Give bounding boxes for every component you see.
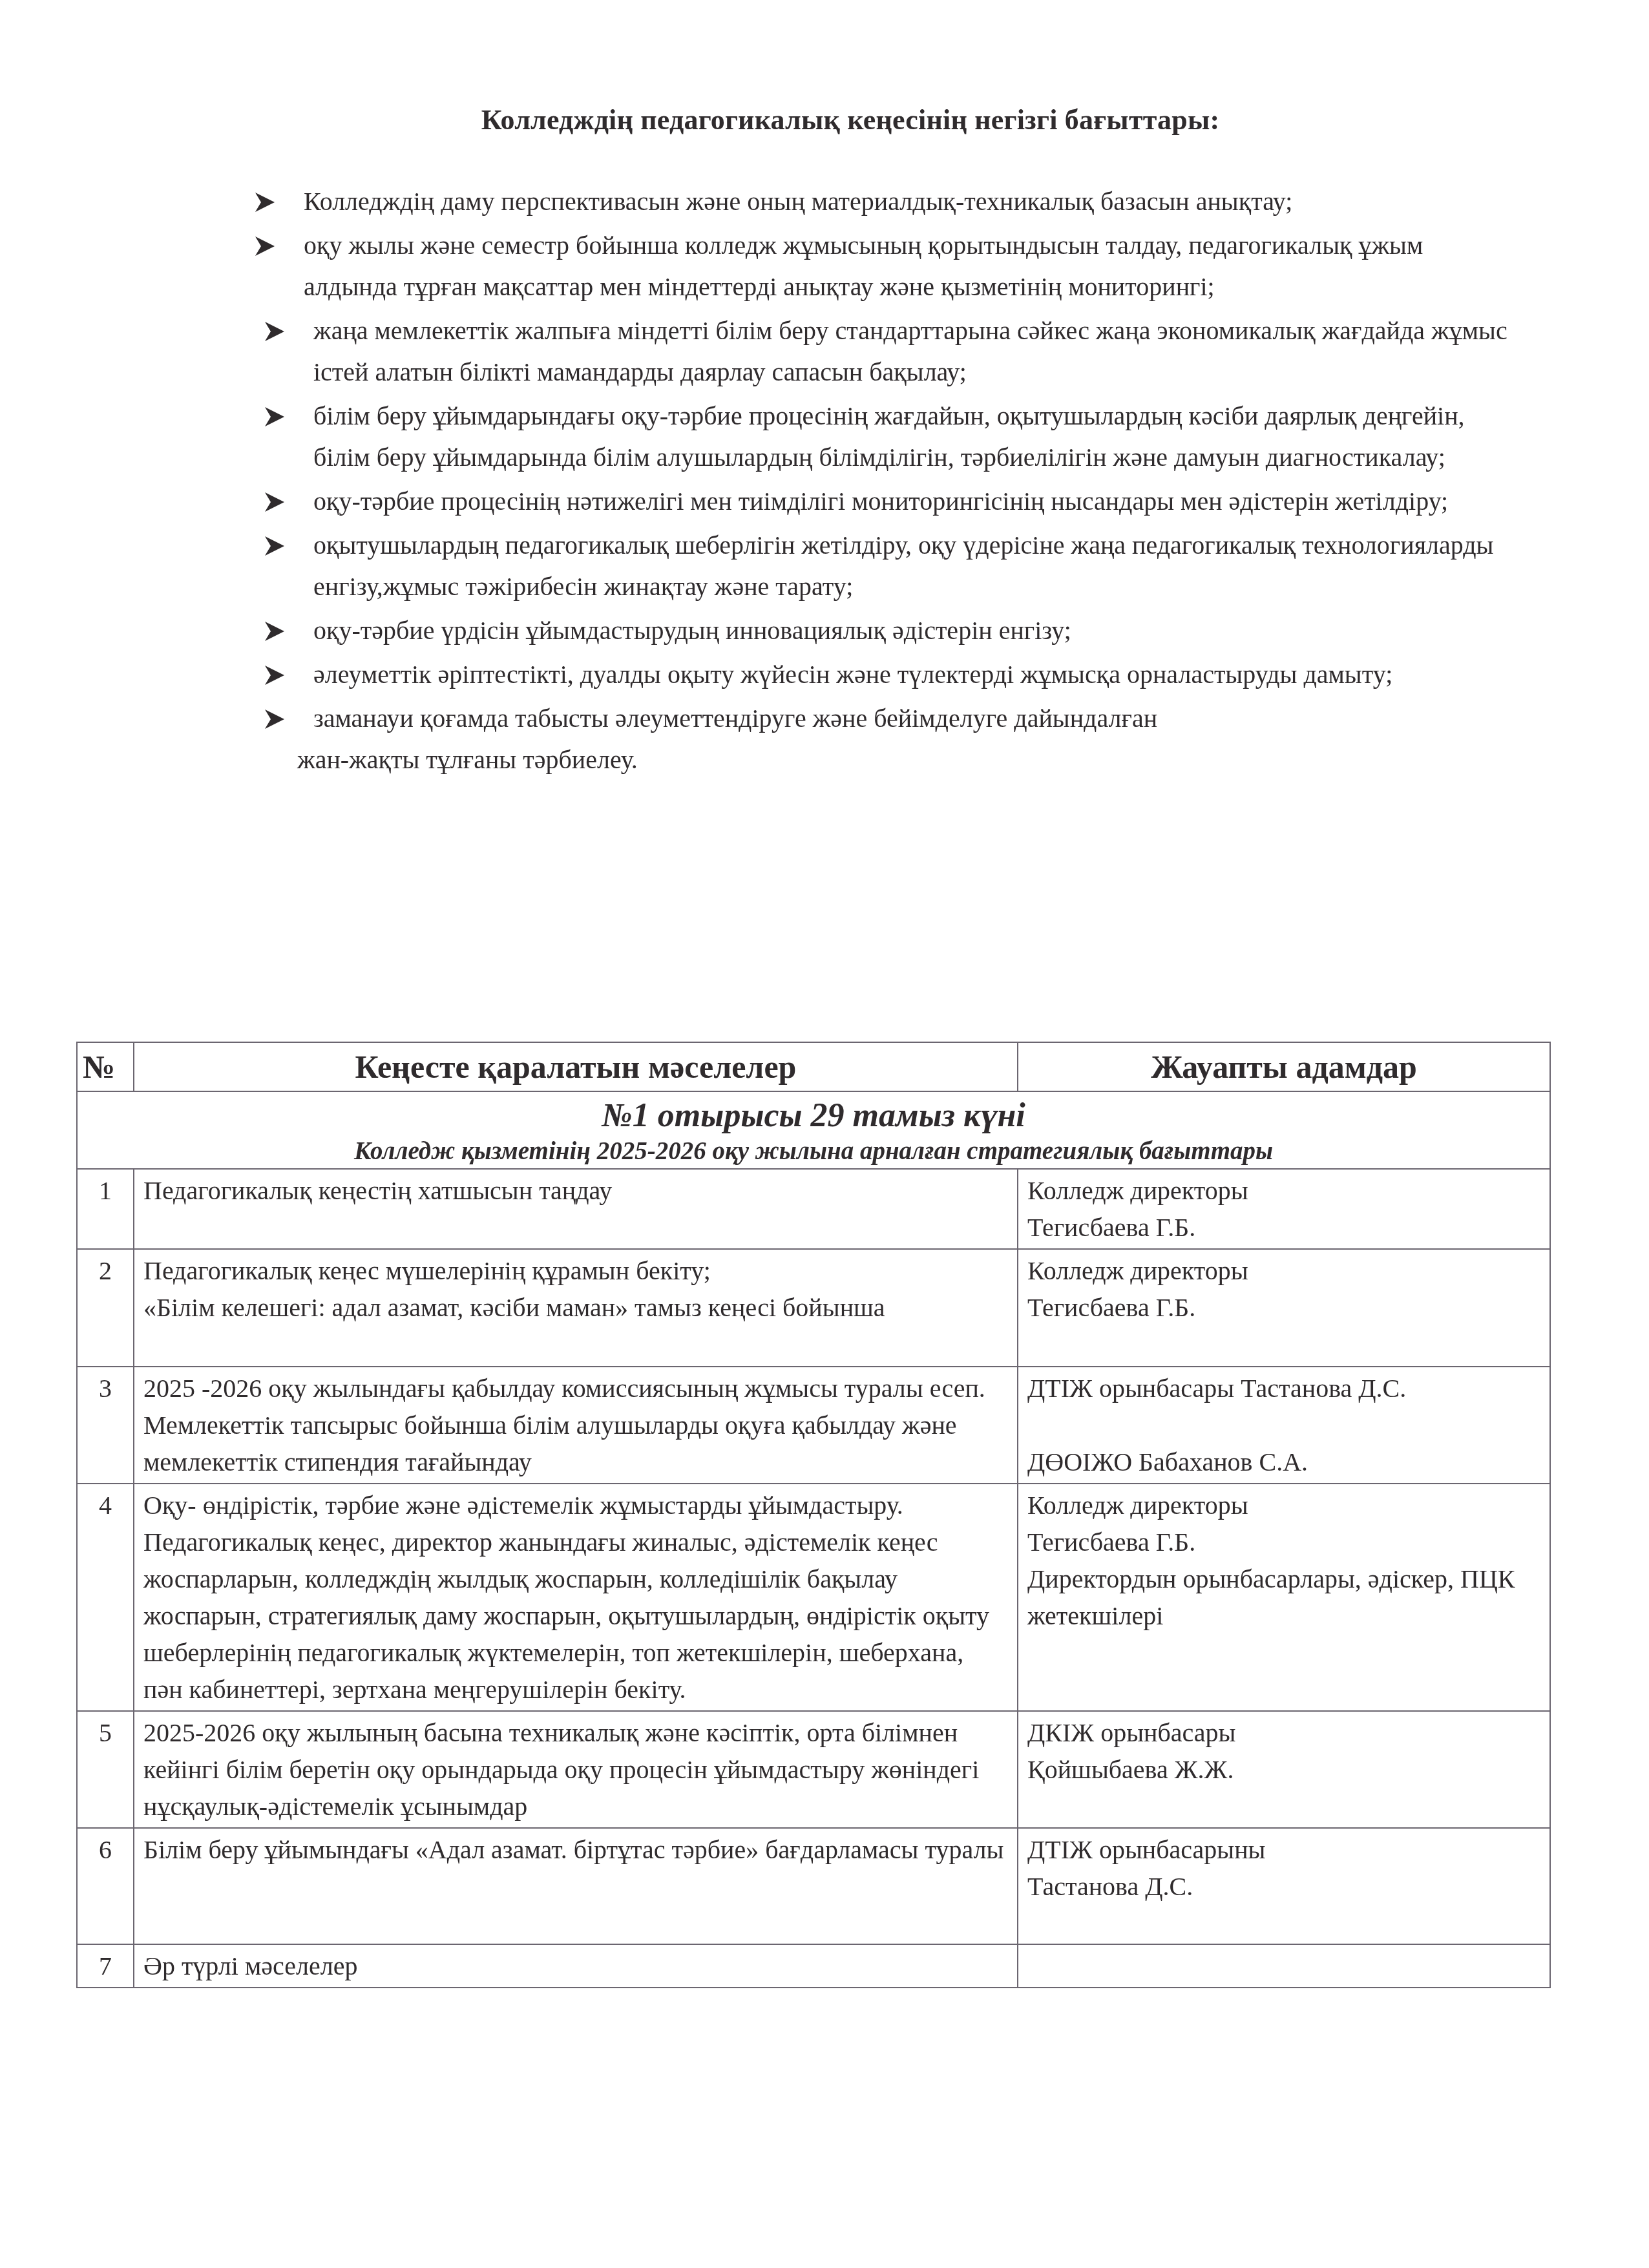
arrow-bullet-icon xyxy=(255,193,275,212)
table-row: 6Білім беру ұйымындағы «Адал азамат. бір… xyxy=(77,1828,1550,1944)
row-number: 3 xyxy=(77,1367,134,1484)
issue-text: Мемлекеттік тапсырыс бойынша білім алушы… xyxy=(143,1407,1008,1480)
issue-cell: Педагогикалық кеңестің хатшысын таңдау xyxy=(134,1169,1018,1249)
issue-cell: Әр түрлі мәселелер xyxy=(134,1944,1018,1988)
bullet-text: оқу жылы және семестр бойынша колледж жұ… xyxy=(304,231,1423,301)
issue-cell: 2025 -2026 оқу жылындағы қабылдау комисс… xyxy=(134,1367,1018,1484)
responsible-cell: Колледж директорыТегисбаева Г.Б. xyxy=(1018,1249,1550,1367)
list-item: жаңа мемлекеттік жалпыға міндетті білім … xyxy=(265,310,1522,393)
bullet-text: оқу-тәрбие үрдісін ұйымдастырудың иннова… xyxy=(313,616,1071,645)
list-item: оқытушылардың педагогикалық шеберлігін ж… xyxy=(265,525,1522,607)
header-responsible: Жауапты адамдар xyxy=(1018,1042,1550,1091)
list-item: әлеуметтік әріптестікті, дуалды оқыту жү… xyxy=(265,654,1522,695)
table-row: 2Педагогикалық кеңес мүшелерінің құрамын… xyxy=(77,1249,1550,1367)
responsible-cell: Колледж директорыТегисбаева Г.Б. xyxy=(1018,1169,1550,1249)
table-row: 32025 -2026 оқу жылындағы қабылдау комис… xyxy=(77,1367,1550,1484)
session-title: №1 отырысы 29 тамыз күні xyxy=(87,1095,1540,1137)
arrow-bullet-icon xyxy=(265,709,284,729)
session-cell: №1 отырысы 29 тамыз күні Колледж қызметі… xyxy=(77,1091,1550,1169)
header-number: № xyxy=(77,1042,134,1091)
arrow-bullet-icon xyxy=(265,536,284,556)
responsible-person xyxy=(1027,1407,1540,1444)
responsible-person: Тегисбаева Г.Б. xyxy=(1027,1524,1540,1560)
responsible-person: ДТІЖ орынбасары Тастанова Д.С. xyxy=(1027,1370,1540,1407)
row-number: 4 xyxy=(77,1484,134,1711)
arrow-bullet-icon xyxy=(265,492,284,512)
row-number: 5 xyxy=(77,1711,134,1828)
issue-cell: Педагогикалық кеңес мүшелерінің құрамын … xyxy=(134,1249,1018,1367)
responsible-cell: ДТІЖ орынбасары Тастанова Д.С.ДӨОІЖО Баб… xyxy=(1018,1367,1550,1484)
session-subtitle: Колледж қызметінің 2025-2026 оқу жылына … xyxy=(87,1137,1540,1166)
responsible-person: Қойшыбаева Ж.Ж. xyxy=(1027,1751,1540,1788)
table-row: 52025-2026 оқу жылының басына техникалық… xyxy=(77,1711,1550,1828)
arrow-bullet-icon xyxy=(255,236,275,256)
issue-text: 2025-2026 оқу жылының басына техникалық … xyxy=(143,1714,1008,1825)
responsible-cell: ДТІЖ орынбасарыны Тастанова Д.С. xyxy=(1018,1828,1550,1944)
bullet-text: әлеуметтік әріптестікті, дуалды оқыту жү… xyxy=(313,660,1392,689)
responsible-person: Тастанова Д.С. xyxy=(1027,1868,1540,1905)
arrow-bullet-icon xyxy=(265,666,284,685)
responsible-person: ДКІЖ орынбасары xyxy=(1027,1714,1540,1751)
responsible-person: Тегисбаева Г.Б. xyxy=(1027,1289,1540,1326)
table-header-row: № Кеңесте қаралатын мәселелер Жауапты ад… xyxy=(77,1042,1550,1091)
arrow-bullet-icon xyxy=(265,622,284,641)
bullet-text: оқытушылардың педагогикалық шеберлігін ж… xyxy=(313,530,1493,601)
issue-text: Оқу- өндірістік, тәрбие және әдістемелік… xyxy=(143,1487,1008,1708)
arrow-bullet-icon xyxy=(265,407,284,426)
bullet-text: заманауи қоғамда табысты әлеуметтендіруг… xyxy=(313,704,1157,733)
table-row: 7Әр түрлі мәселелер xyxy=(77,1944,1550,1988)
table-row: 1Педагогикалық кеңестің хатшысын таңдауК… xyxy=(77,1169,1550,1249)
bullet-text: жаңа мемлекеттік жалпыға міндетті білім … xyxy=(313,316,1507,386)
issue-text: Әр түрлі мәселелер xyxy=(143,1948,1008,1984)
issue-text: Педагогикалық кеңестің хатшысын таңдау xyxy=(143,1172,1008,1209)
issue-text: «Білім келешегі: адал азамат, кәсіби мам… xyxy=(143,1289,1008,1326)
responsible-person: Колледж директоры xyxy=(1027,1172,1540,1209)
issue-cell: Білім беру ұйымындағы «Адал азамат. бірт… xyxy=(134,1828,1018,1944)
bullet-text: оқу-тәрбие процесінің нәтижелігі мен тиі… xyxy=(313,487,1448,516)
council-agenda-table: № Кеңесте қаралатын мәселелер Жауапты ад… xyxy=(76,1042,1551,1988)
responsible-person: ДӨОІЖО Бабаханов С.А. xyxy=(1027,1444,1540,1480)
responsible-person: Тегисбаева Г.Б. xyxy=(1027,1209,1540,1246)
issue-text: Білім беру ұйымындағы «Адал азамат. бірт… xyxy=(143,1831,1008,1868)
list-item: оқу жылы және семестр бойынша колледж жұ… xyxy=(255,225,1522,308)
document-page: Колледждің педагогикалық кеңесінің негіз… xyxy=(0,0,1649,2268)
row-number: 1 xyxy=(77,1169,134,1249)
directions-list: Колледждің даму перспективасын және оның… xyxy=(255,181,1522,783)
responsible-person: Директордын орынбасарлары, әдіскер, ПЦК … xyxy=(1027,1560,1540,1634)
responsible-person: Колледж директоры xyxy=(1027,1487,1540,1524)
document-title: Колледждің педагогикалық кеңесінің негіз… xyxy=(0,103,1649,136)
list-item: оқу-тәрбие үрдісін ұйымдастырудың иннова… xyxy=(265,610,1522,651)
issue-text: 2025 -2026 оқу жылындағы қабылдау комисс… xyxy=(143,1370,1008,1407)
issue-text: Педагогикалық кеңес мүшелерінің құрамын … xyxy=(143,1252,1008,1289)
row-number: 7 xyxy=(77,1944,134,1988)
responsible-person: ДТІЖ орынбасарыны xyxy=(1027,1831,1540,1868)
issue-cell: 2025-2026 оқу жылының басына техникалық … xyxy=(134,1711,1018,1828)
bullet-text: Колледждің даму перспективасын және оның… xyxy=(304,187,1292,216)
table-row: 4Оқу- өндірістік, тәрбие және әдістемелі… xyxy=(77,1484,1550,1711)
list-item: оқу-тәрбие процесінің нәтижелігі мен тиі… xyxy=(265,481,1522,522)
bullet-text-continuation: жан-жақты тұлғаны тәрбиелеу. xyxy=(297,745,638,774)
responsible-cell xyxy=(1018,1944,1550,1988)
header-issues: Кеңесте қаралатын мәселелер xyxy=(134,1042,1018,1091)
session-row: №1 отырысы 29 тамыз күні Колледж қызметі… xyxy=(77,1091,1550,1169)
arrow-bullet-icon xyxy=(265,322,284,341)
responsible-cell: ДКІЖ орынбасарыҚойшыбаева Ж.Ж. xyxy=(1018,1711,1550,1828)
bullet-text: білім беру ұйымдарындағы оқу-тәрбие проц… xyxy=(313,401,1465,472)
responsible-cell: Колледж директорыТегисбаева Г.Б.Директор… xyxy=(1018,1484,1550,1711)
row-number: 2 xyxy=(77,1249,134,1367)
row-number: 6 xyxy=(77,1828,134,1944)
list-item: заманауи қоғамда табысты әлеуметтендіруг… xyxy=(265,698,1522,781)
list-item: білім беру ұйымдарындағы оқу-тәрбие проц… xyxy=(265,395,1522,478)
responsible-person: Колледж директоры xyxy=(1027,1252,1540,1289)
issue-cell: Оқу- өндірістік, тәрбие және әдістемелік… xyxy=(134,1484,1018,1711)
list-item: Колледждің даму перспективасын және оның… xyxy=(255,181,1522,222)
